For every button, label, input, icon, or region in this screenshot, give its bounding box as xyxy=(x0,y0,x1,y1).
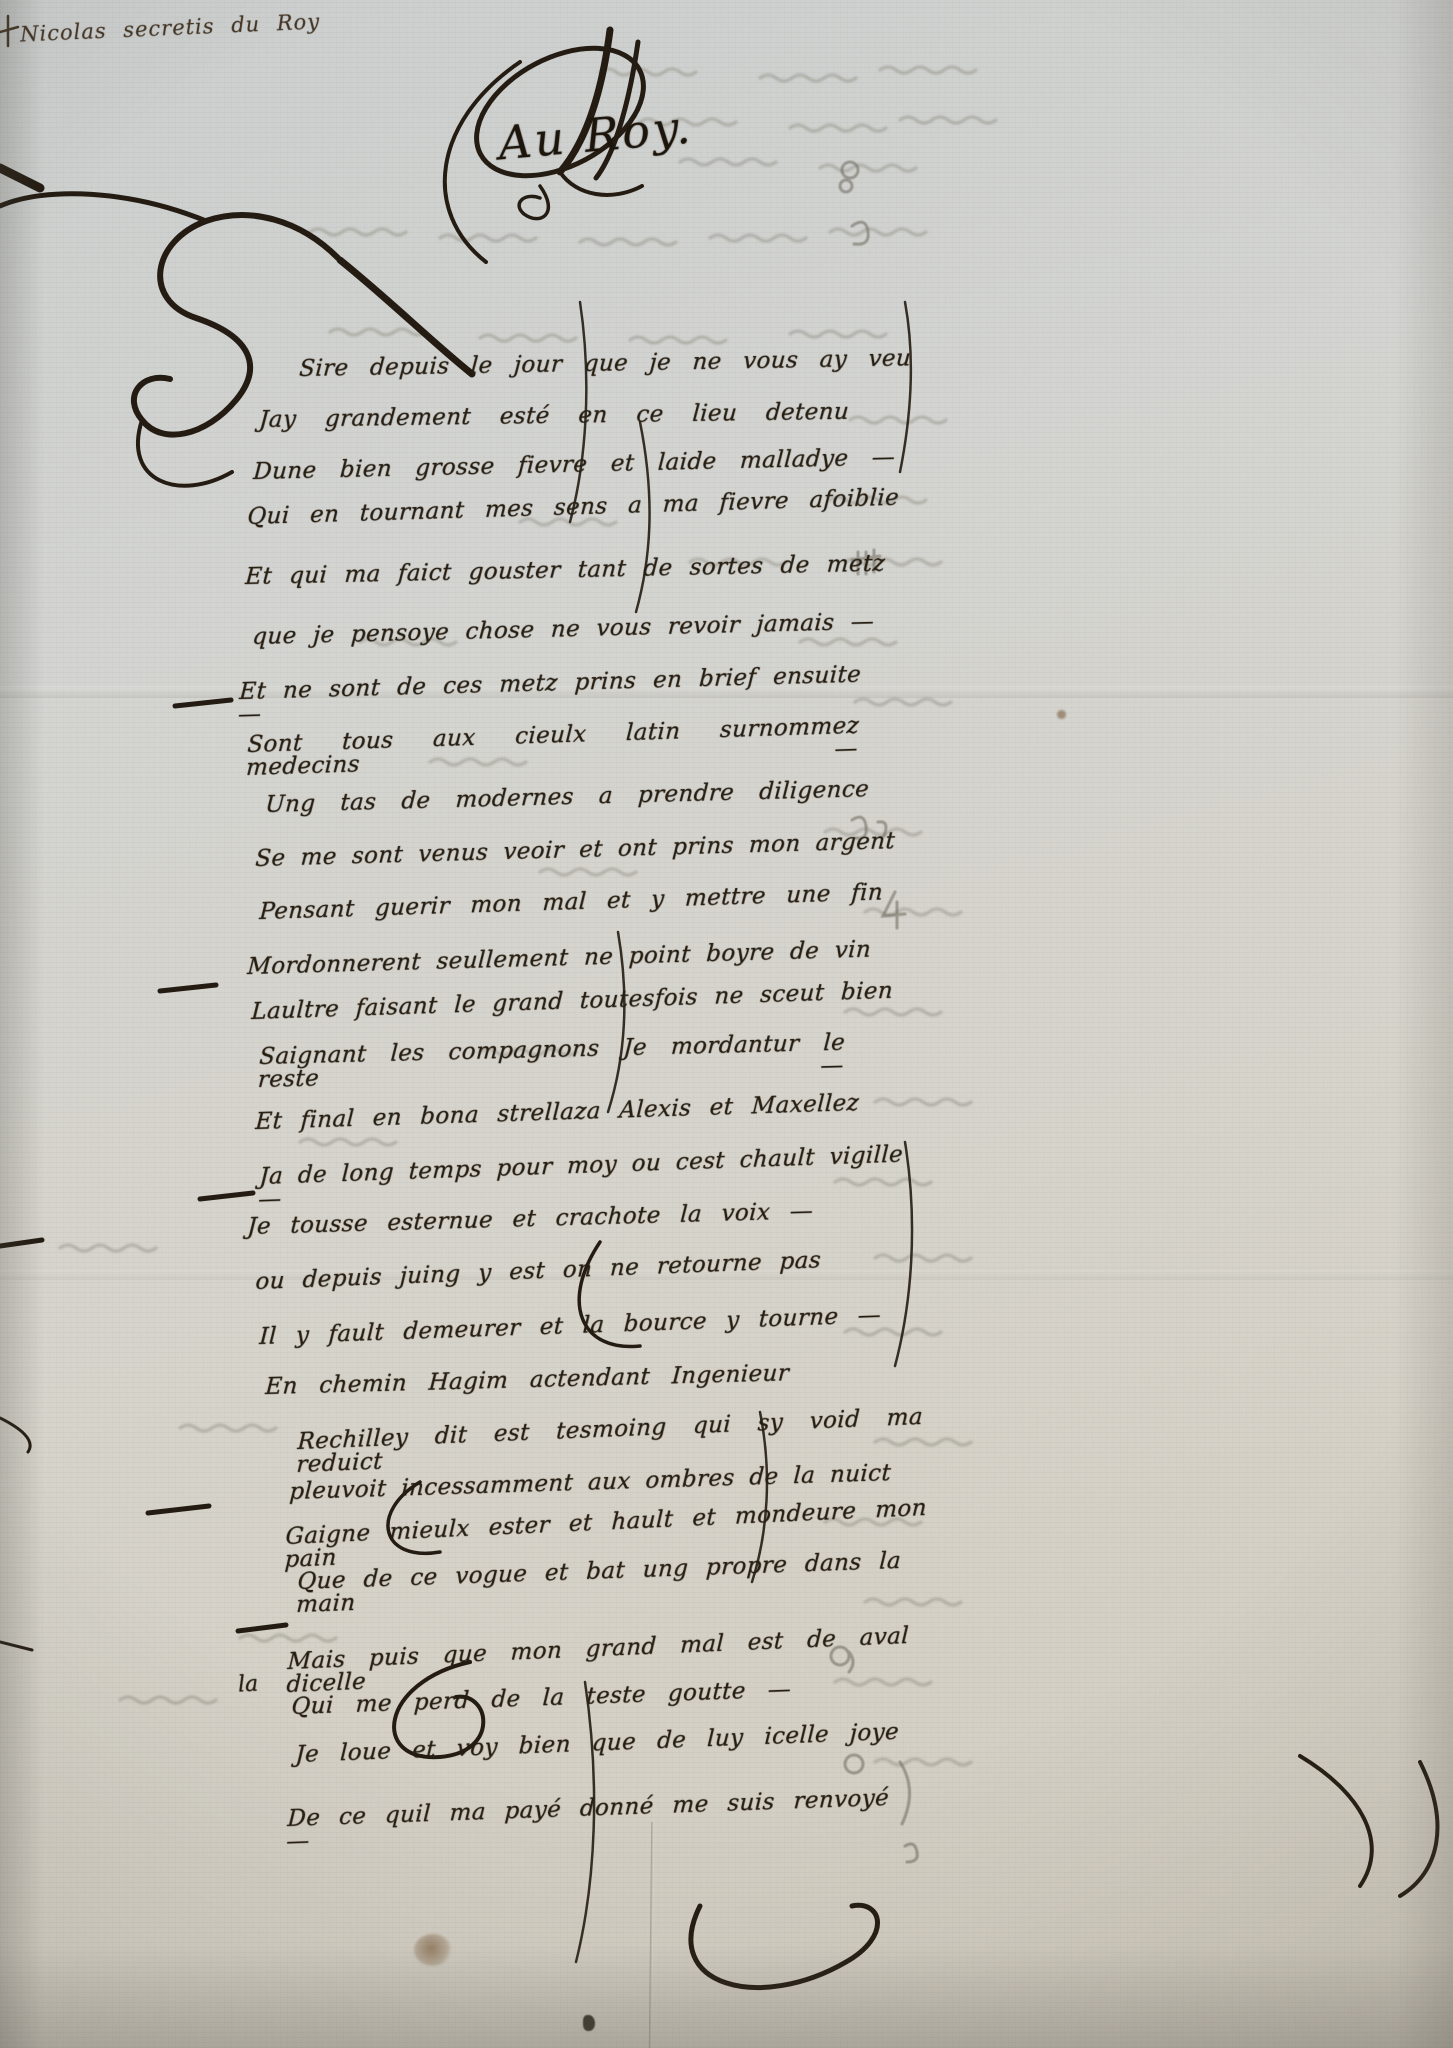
manuscript-page: Nicolas secretis du Roy Au Roy. la Sire … xyxy=(0,0,1453,2048)
photo-vignette xyxy=(0,0,1453,2048)
